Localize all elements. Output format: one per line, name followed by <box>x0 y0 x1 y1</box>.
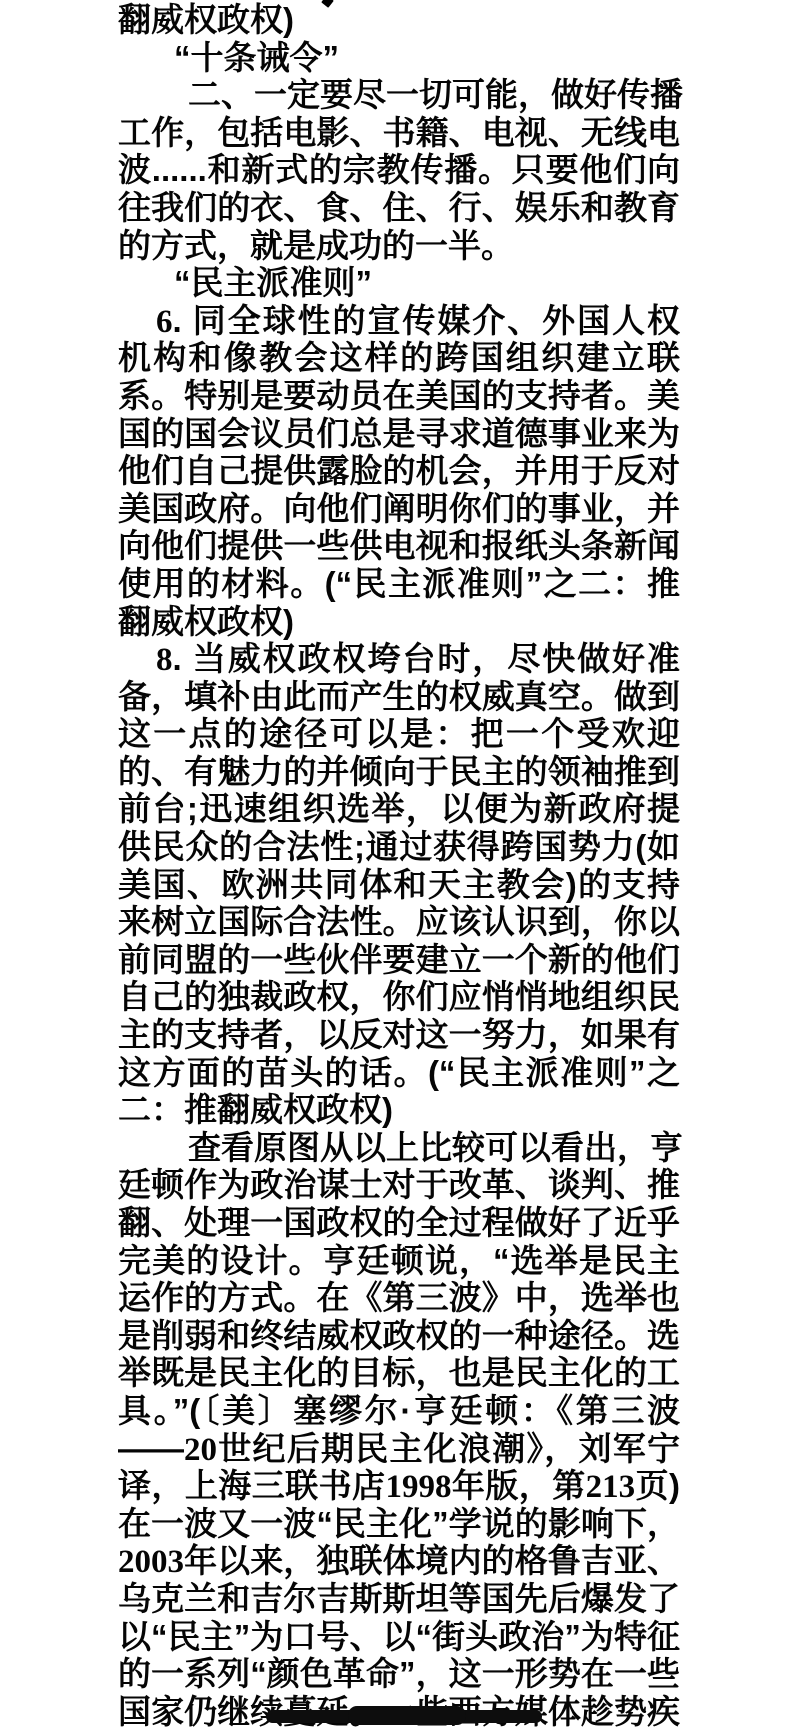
text-line: 二：推翻威权政权) <box>118 1091 680 1129</box>
text-line: 8. 当威权政权垮台时，尽快做好准 <box>118 640 680 678</box>
text-line: 这一点的途径可以是：把一个受欢迎 <box>118 715 680 753</box>
text-line: 机构和像教会这样的跨国组织建立联 <box>118 339 680 377</box>
text-line: 翻、处理一国政权的全过程做好了近乎 <box>118 1204 680 1242</box>
text-line: 前台;迅速组织选举，以便为新政府提 <box>118 790 680 828</box>
text-line: 的一系列“颜色革命”，这一形势在一些 <box>118 1655 680 1693</box>
text-line: 前同盟的一些伙伴要建立一个新的他们 <box>118 941 680 979</box>
strikethrough-redaction-bar-bulge <box>348 1706 466 1725</box>
text-line: 运作的方式。在《第三波》中，选举也 <box>118 1279 680 1317</box>
text-line: 完美的设计。亨廷顿说，“选举是民主 <box>118 1242 680 1280</box>
text-line: “民主派准则” <box>118 264 680 302</box>
text-line: 来树立国际合法性。应该认识到，你以 <box>118 903 680 941</box>
text-line: 向他们提供一些供电视和报纸头条新闻 <box>118 527 680 565</box>
text-line: 廷顿作为政治谋士对于改革、谈判、推 <box>118 1166 680 1204</box>
text-line: 的方式，就是成功的一半。 <box>118 227 680 265</box>
text-line: 主的支持者，以反对这一努力，如果有 <box>118 1016 680 1054</box>
text-line: 美国政府。向他们阐明你们的事业，并 <box>118 490 680 528</box>
text-line: “十条诫令” <box>118 39 680 77</box>
text-line: 译，上海三联书店1998年版，第213页) <box>118 1467 680 1505</box>
text-line: 波......和新式的宗教传播。只要他们向 <box>118 151 680 189</box>
text-line: 2003年以来，独联体境内的格鲁吉亚、 <box>118 1542 680 1580</box>
text-line: 备，填补由此而产生的权威真空。做到 <box>118 678 680 716</box>
text-line: 美国、欧洲共同体和天主教会)的支持 <box>118 866 680 904</box>
text-line: 的、有魅力的并倾向于民主的领袖推到 <box>118 753 680 791</box>
text-line: 供民众的合法性;通过获得跨国势力(如 <box>118 828 680 866</box>
text-line: 工作，包括电影、书籍、电视、无线电 <box>118 114 680 152</box>
text-line: 以“民主”为口号、以“街头政治”为特征 <box>118 1618 680 1656</box>
text-line: 查看原图从以上比较可以看出，亨 <box>118 1129 680 1167</box>
text-line: 自己的独裁政权，你们应悄悄地组织民 <box>118 978 680 1016</box>
document-page: 翻威权政权)“十条诫令”二、一定要尽一切可能，做好传播工作，包括电影、书籍、电视… <box>0 0 800 1731</box>
text-line: 系。特别是要动员在美国的支持者。美 <box>118 377 680 415</box>
text-line: 6. 同全球性的宣传媒介、外国人权 <box>118 302 680 340</box>
text-line: 举既是民主化的目标，也是民主化的工 <box>118 1354 680 1392</box>
text-line: 他们自己提供露脸的机会，并用于反对 <box>118 452 680 490</box>
text-line: 翻威权政权) <box>118 1 680 39</box>
text-line: 二、一定要尽一切可能，做好传播 <box>118 76 680 114</box>
text-column: 翻威权政权)“十条诫令”二、一定要尽一切可能，做好传播工作，包括电影、书籍、电视… <box>118 1 680 1730</box>
text-line: 往我们的衣、食、住、行、娱乐和教育 <box>118 189 680 227</box>
text-line: ——20世纪后期民主化浪潮》，刘军宁 <box>118 1430 680 1468</box>
text-line: 具。”(〔美〕塞缪尔·亨廷顿：《第三波 <box>118 1392 680 1430</box>
text-line: 是削弱和终结威权政权的一种途径。选 <box>118 1317 680 1355</box>
text-line: 翻威权政权) <box>118 603 680 641</box>
text-line: 这方面的苗头的话。(“民主派准则”之 <box>118 1054 680 1092</box>
text-line: 使用的材料。(“民主派准则”之二：推 <box>118 565 680 603</box>
text-line: 国的国会议员们总是寻求道德事业来为 <box>118 415 680 453</box>
text-line: 乌克兰和吉尔吉斯斯坦等国先后爆发了 <box>118 1580 680 1618</box>
text-line: 在一波又一波“民主化”学说的影响下， <box>118 1505 680 1543</box>
